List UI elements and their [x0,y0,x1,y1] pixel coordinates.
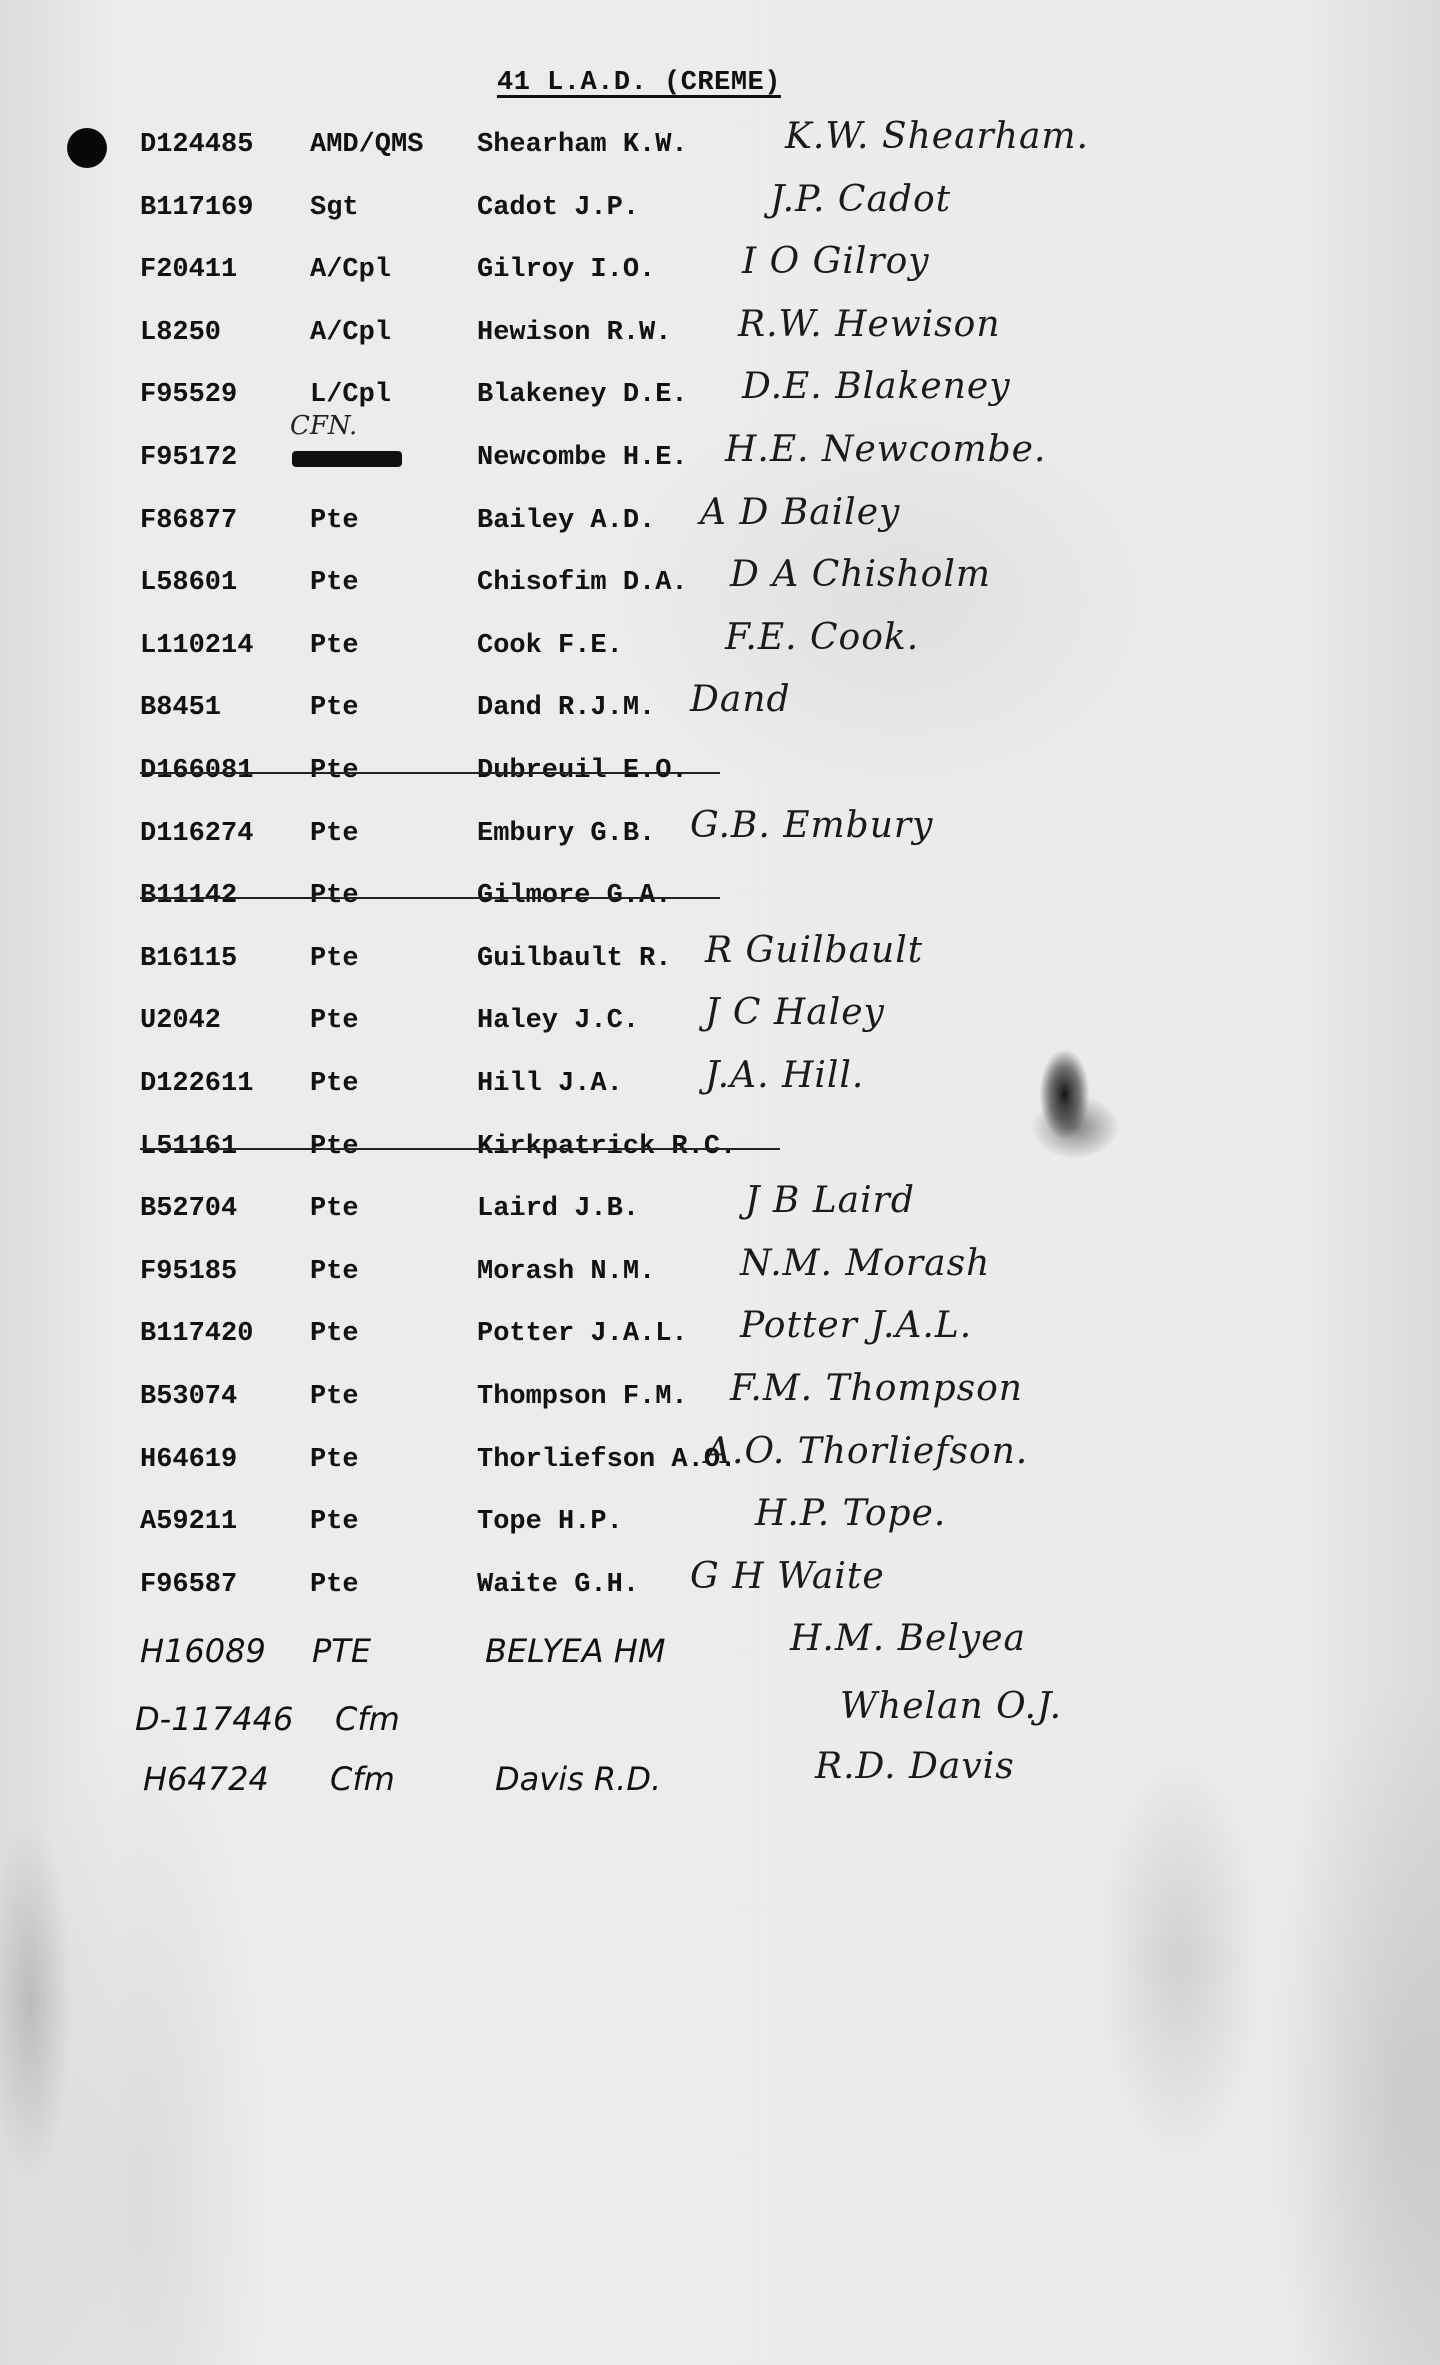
table-row: F95185PteMorash N.M.N.M. Morash [0,1257,1440,1297]
soldier-name: Guilbault R. [477,944,671,974]
rank-scribble-out [292,451,402,467]
soldier-name: Embury G.B. [477,819,655,849]
table-row: B11142PteGilmore G.A. [0,881,1440,921]
rank: Pte [310,1445,359,1475]
table-row: F86877PteBailey A.D.A D Bailey [0,506,1440,546]
soldier-name: Thorliefson A.O. [477,1445,736,1475]
table-row: F20411A/CplGilroy I.O.I O Gilroy [0,255,1440,295]
service-number: F86877 [140,506,237,536]
soldier-name: Dubreuil E.O. [477,756,688,786]
soldier-name: Tope H.P. [477,1507,623,1537]
table-row: D166081PteDubreuil E.O. [0,756,1440,796]
rank: Pte [310,1132,359,1162]
strikethrough-line [140,1148,780,1150]
rank: Pte [310,881,359,911]
rank: Pte [310,1570,359,1600]
soldier-name: Dand R.J.M. [477,693,655,723]
service-number: U2042 [140,1006,221,1036]
table-row: D122611PteHill J.A.J.A. Hill. [0,1069,1440,1109]
signature: F.M. Thompson [730,1368,1023,1409]
service-number: B16115 [140,944,237,974]
rank: Pte [310,693,359,723]
table-row: L8250A/CplHewison R.W.R.W. Hewison [0,318,1440,358]
signature: G.B. Embury [690,805,933,846]
table-row: U2042PteHaley J.C.J C Haley [0,1006,1440,1046]
rank: AMD/QMS [310,130,423,160]
rank: Cfm [335,1700,400,1738]
service-number: L51161 [140,1132,237,1162]
table-row: A59211PteTope H.P.H.P. Tope. [0,1507,1440,1547]
signature: J C Haley [705,992,885,1033]
rank: Pte [310,1382,359,1412]
soldier-name: Potter J.A.L. [477,1319,688,1349]
signature: R.D. Davis [815,1746,1015,1787]
table-row: D116274PteEmbury G.B.G.B. Embury [0,819,1440,859]
signature: A D Bailey [700,492,900,533]
table-row: B52704PteLaird J.B.J B Laird [0,1194,1440,1234]
soldier-name: Newcombe H.E. [477,443,688,473]
rank: Pte [310,1194,359,1224]
rank: Pte [310,1257,359,1287]
table-row: L51161PteKirkpatrick R.C. [0,1132,1440,1172]
signature: F.E. Cook. [725,617,919,658]
service-number: F95185 [140,1257,237,1287]
soldier-name: BELYEA HM [485,1632,665,1670]
signature: Whelan O.J. [840,1686,1062,1727]
signature: J.P. Cadot [770,179,951,220]
rank: Pte [310,1006,359,1036]
rank: A/Cpl [310,318,391,348]
table-row: B117420PtePotter J.A.L.Potter J.A.L. [0,1319,1440,1359]
table-row: B8451PteDand R.J.M.Dand [0,693,1440,733]
rank: Cfm [330,1760,395,1798]
signature: H.P. Tope. [755,1493,946,1534]
signature: H.E. Newcombe. [725,429,1046,470]
table-row: B16115PteGuilbault R.R Guilbault [0,944,1440,984]
soldier-name: Waite G.H. [477,1570,639,1600]
service-number: B11142 [140,881,237,911]
handwritten-row: D-117446CfmWhelan O.J. [0,1700,1440,1740]
service-number: F20411 [140,255,237,285]
signature: J B Laird [745,1180,915,1221]
service-number: D124485 [140,130,253,160]
service-number: L8250 [140,318,221,348]
service-number: F96587 [140,1570,237,1600]
service-number: B53074 [140,1382,237,1412]
signature: D.E. Blakeney [742,366,1011,407]
signature: K.W. Shearham. [785,116,1089,157]
rank: Sgt [310,193,359,223]
table-row: F95172L/CplNewcombe H.E.CFN.H.E. Newcomb… [0,443,1440,483]
rank: A/Cpl [310,255,391,285]
rank: Pte [310,1069,359,1099]
table-row: H64619PteThorliefson A.O.A.O. Thorliefso… [0,1445,1440,1485]
rank-correction: CFN. [290,411,357,441]
service-number: B52704 [140,1194,237,1224]
signature: R Guilbault [705,930,923,971]
soldier-name: Hill J.A. [477,1069,623,1099]
table-row: B117169SgtCadot J.P.J.P. Cadot [0,193,1440,233]
rank: Pte [310,1507,359,1537]
signature: H.M. Belyea [790,1618,1026,1659]
service-number: D116274 [140,819,253,849]
handwritten-row: H64724CfmDavis R.D.R.D. Davis [0,1760,1440,1800]
soldier-name: Hewison R.W. [477,318,671,348]
signature: Dand [690,679,791,720]
rank: L/Cpl [310,380,391,410]
soldier-name: Kirkpatrick R.C. [477,1132,736,1162]
soldier-name: Thompson F.M. [477,1382,688,1412]
soldier-name: Haley J.C. [477,1006,639,1036]
table-row: L110214PteCook F.E.F.E. Cook. [0,631,1440,671]
signature: Potter J.A.L. [740,1305,972,1346]
soldier-name: Laird J.B. [477,1194,639,1224]
signature: N.M. Morash [740,1243,990,1284]
service-number: F95172 [140,443,237,473]
service-number: D-117446 [135,1700,293,1738]
signature: R.W. Hewison [738,304,1001,345]
service-number: F95529 [140,380,237,410]
service-number: A59211 [140,1507,237,1537]
page-title: 41 L.A.D. (CREME) [497,68,781,98]
soldier-name: Shearham K.W. [477,130,688,160]
table-row: F96587PteWaite G.H.G H Waite [0,1570,1440,1610]
service-number: H64619 [140,1445,237,1475]
service-number: B117420 [140,1319,253,1349]
soldier-name: Gilroy I.O. [477,255,655,285]
signature: A.O. Thorliefson. [705,1431,1028,1472]
table-row: B53074PteThompson F.M.F.M. Thompson [0,1382,1440,1422]
rank: Pte [310,944,359,974]
signature: G H Waite [690,1556,885,1597]
service-number: H16089 [140,1632,266,1670]
soldier-name: Bailey A.D. [477,506,655,536]
soldier-name: Chisofim D.A. [477,568,688,598]
soldier-name: Blakeney D.E. [477,380,688,410]
rank: PTE [312,1632,371,1670]
soldier-name: Morash N.M. [477,1257,655,1287]
table-row: F95529L/CplBlakeney D.E.D.E. Blakeney [0,380,1440,420]
soldier-name: Cook F.E. [477,631,623,661]
service-number: B8451 [140,693,221,723]
rank: Pte [310,1319,359,1349]
strikethrough-line [140,772,720,774]
rank: Pte [310,506,359,536]
service-number: B117169 [140,193,253,223]
service-number: L110214 [140,631,253,661]
strikethrough-line [140,897,720,899]
handwritten-row: H16089PTEBELYEA HMH.M. Belyea [0,1632,1440,1672]
service-number: L58601 [140,568,237,598]
table-row: L58601PteChisofim D.A.D A Chisholm [0,568,1440,608]
rank: Pte [310,568,359,598]
table-row: D124485AMD/QMSShearham K.W.K.W. Shearham… [0,130,1440,170]
signature: D A Chisholm [730,554,991,595]
rank: Pte [310,819,359,849]
signature: I O Gilroy [742,241,930,282]
soldier-name: Cadot J.P. [477,193,639,223]
soldier-name: Davis R.D. [495,1760,661,1798]
service-number: H64724 [143,1760,269,1798]
signature: J.A. Hill. [705,1055,864,1096]
service-number: D122611 [140,1069,253,1099]
rank: Pte [310,631,359,661]
rank: Pte [310,756,359,786]
soldier-name: Gilmore G.A. [477,881,671,911]
service-number: D166081 [140,756,253,786]
